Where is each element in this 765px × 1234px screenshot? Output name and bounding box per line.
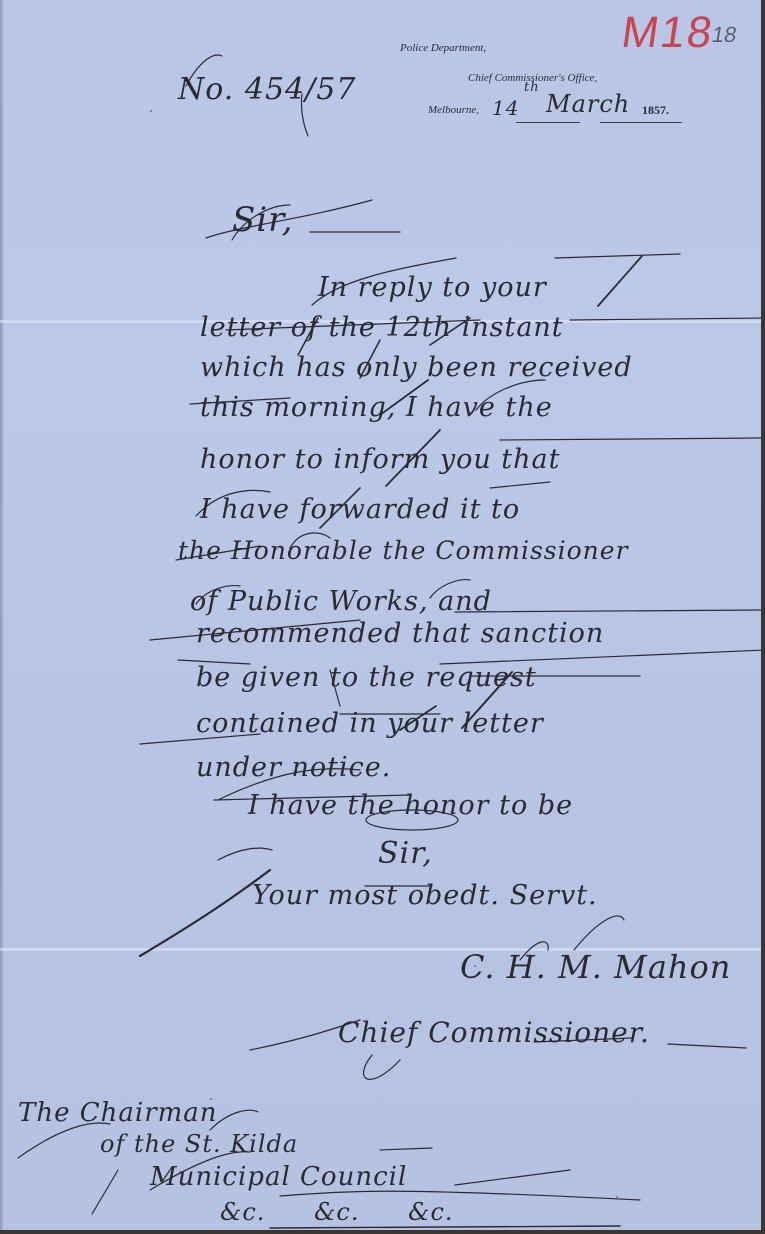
letter-day-suffix: th: [524, 80, 540, 95]
addressee-line: The Chairman: [18, 1098, 218, 1128]
pencil-folio-number: 18: [710, 22, 739, 48]
signature-name: C. H. M. Mahon: [460, 948, 731, 986]
addressee-line: Municipal Council: [150, 1162, 407, 1192]
salutation: Sir,: [232, 200, 294, 240]
paper-speck: [210, 1098, 212, 1100]
archive-mark: M18: [618, 8, 717, 58]
body-line: be given to the request: [196, 662, 537, 693]
body-line: I have forwarded it to: [200, 494, 520, 525]
paper-speck: [616, 1196, 618, 1198]
addressee-line: &c. &c. &c.: [220, 1198, 454, 1226]
signature-title: Chief Commissioner.: [338, 1016, 650, 1049]
addressee-line: of the St. Kilda: [100, 1130, 298, 1158]
body-line: this morning, I have the: [200, 392, 553, 423]
body-line: In reply to your: [318, 272, 547, 303]
body-line: under notice.: [196, 752, 391, 783]
letterhead-department: Police Department,: [400, 42, 486, 54]
body-line: honor to inform you that: [200, 444, 561, 475]
closing-line: Sir,: [378, 836, 433, 871]
closing-line: Your most obedt. Servt.: [252, 880, 598, 911]
letter-page: M18 18 No. 454/57 Police Department, Chi…: [0, 0, 765, 1234]
body-line: contained in your letter: [196, 708, 544, 739]
reference-number: No. 454/57: [178, 72, 356, 107]
body-line: recommended that sanction: [196, 618, 604, 649]
date-rule: [516, 122, 580, 123]
letter-year: 1857.: [642, 103, 669, 118]
date-rule: [600, 122, 682, 123]
letterhead-city: Melbourne,: [428, 104, 479, 116]
paper-speck: [150, 110, 152, 112]
body-line: which has only been received: [200, 352, 633, 383]
closing-line: I have the honor to be: [248, 790, 573, 821]
letter-day: 14: [492, 96, 519, 120]
body-line: letter of the 12th instant: [200, 312, 564, 343]
paper-speck: [474, 965, 476, 967]
body-line: the Honorable the Commissioner: [178, 536, 629, 565]
body-line: of Public Works, and: [190, 586, 492, 617]
letter-month: March: [546, 90, 630, 118]
